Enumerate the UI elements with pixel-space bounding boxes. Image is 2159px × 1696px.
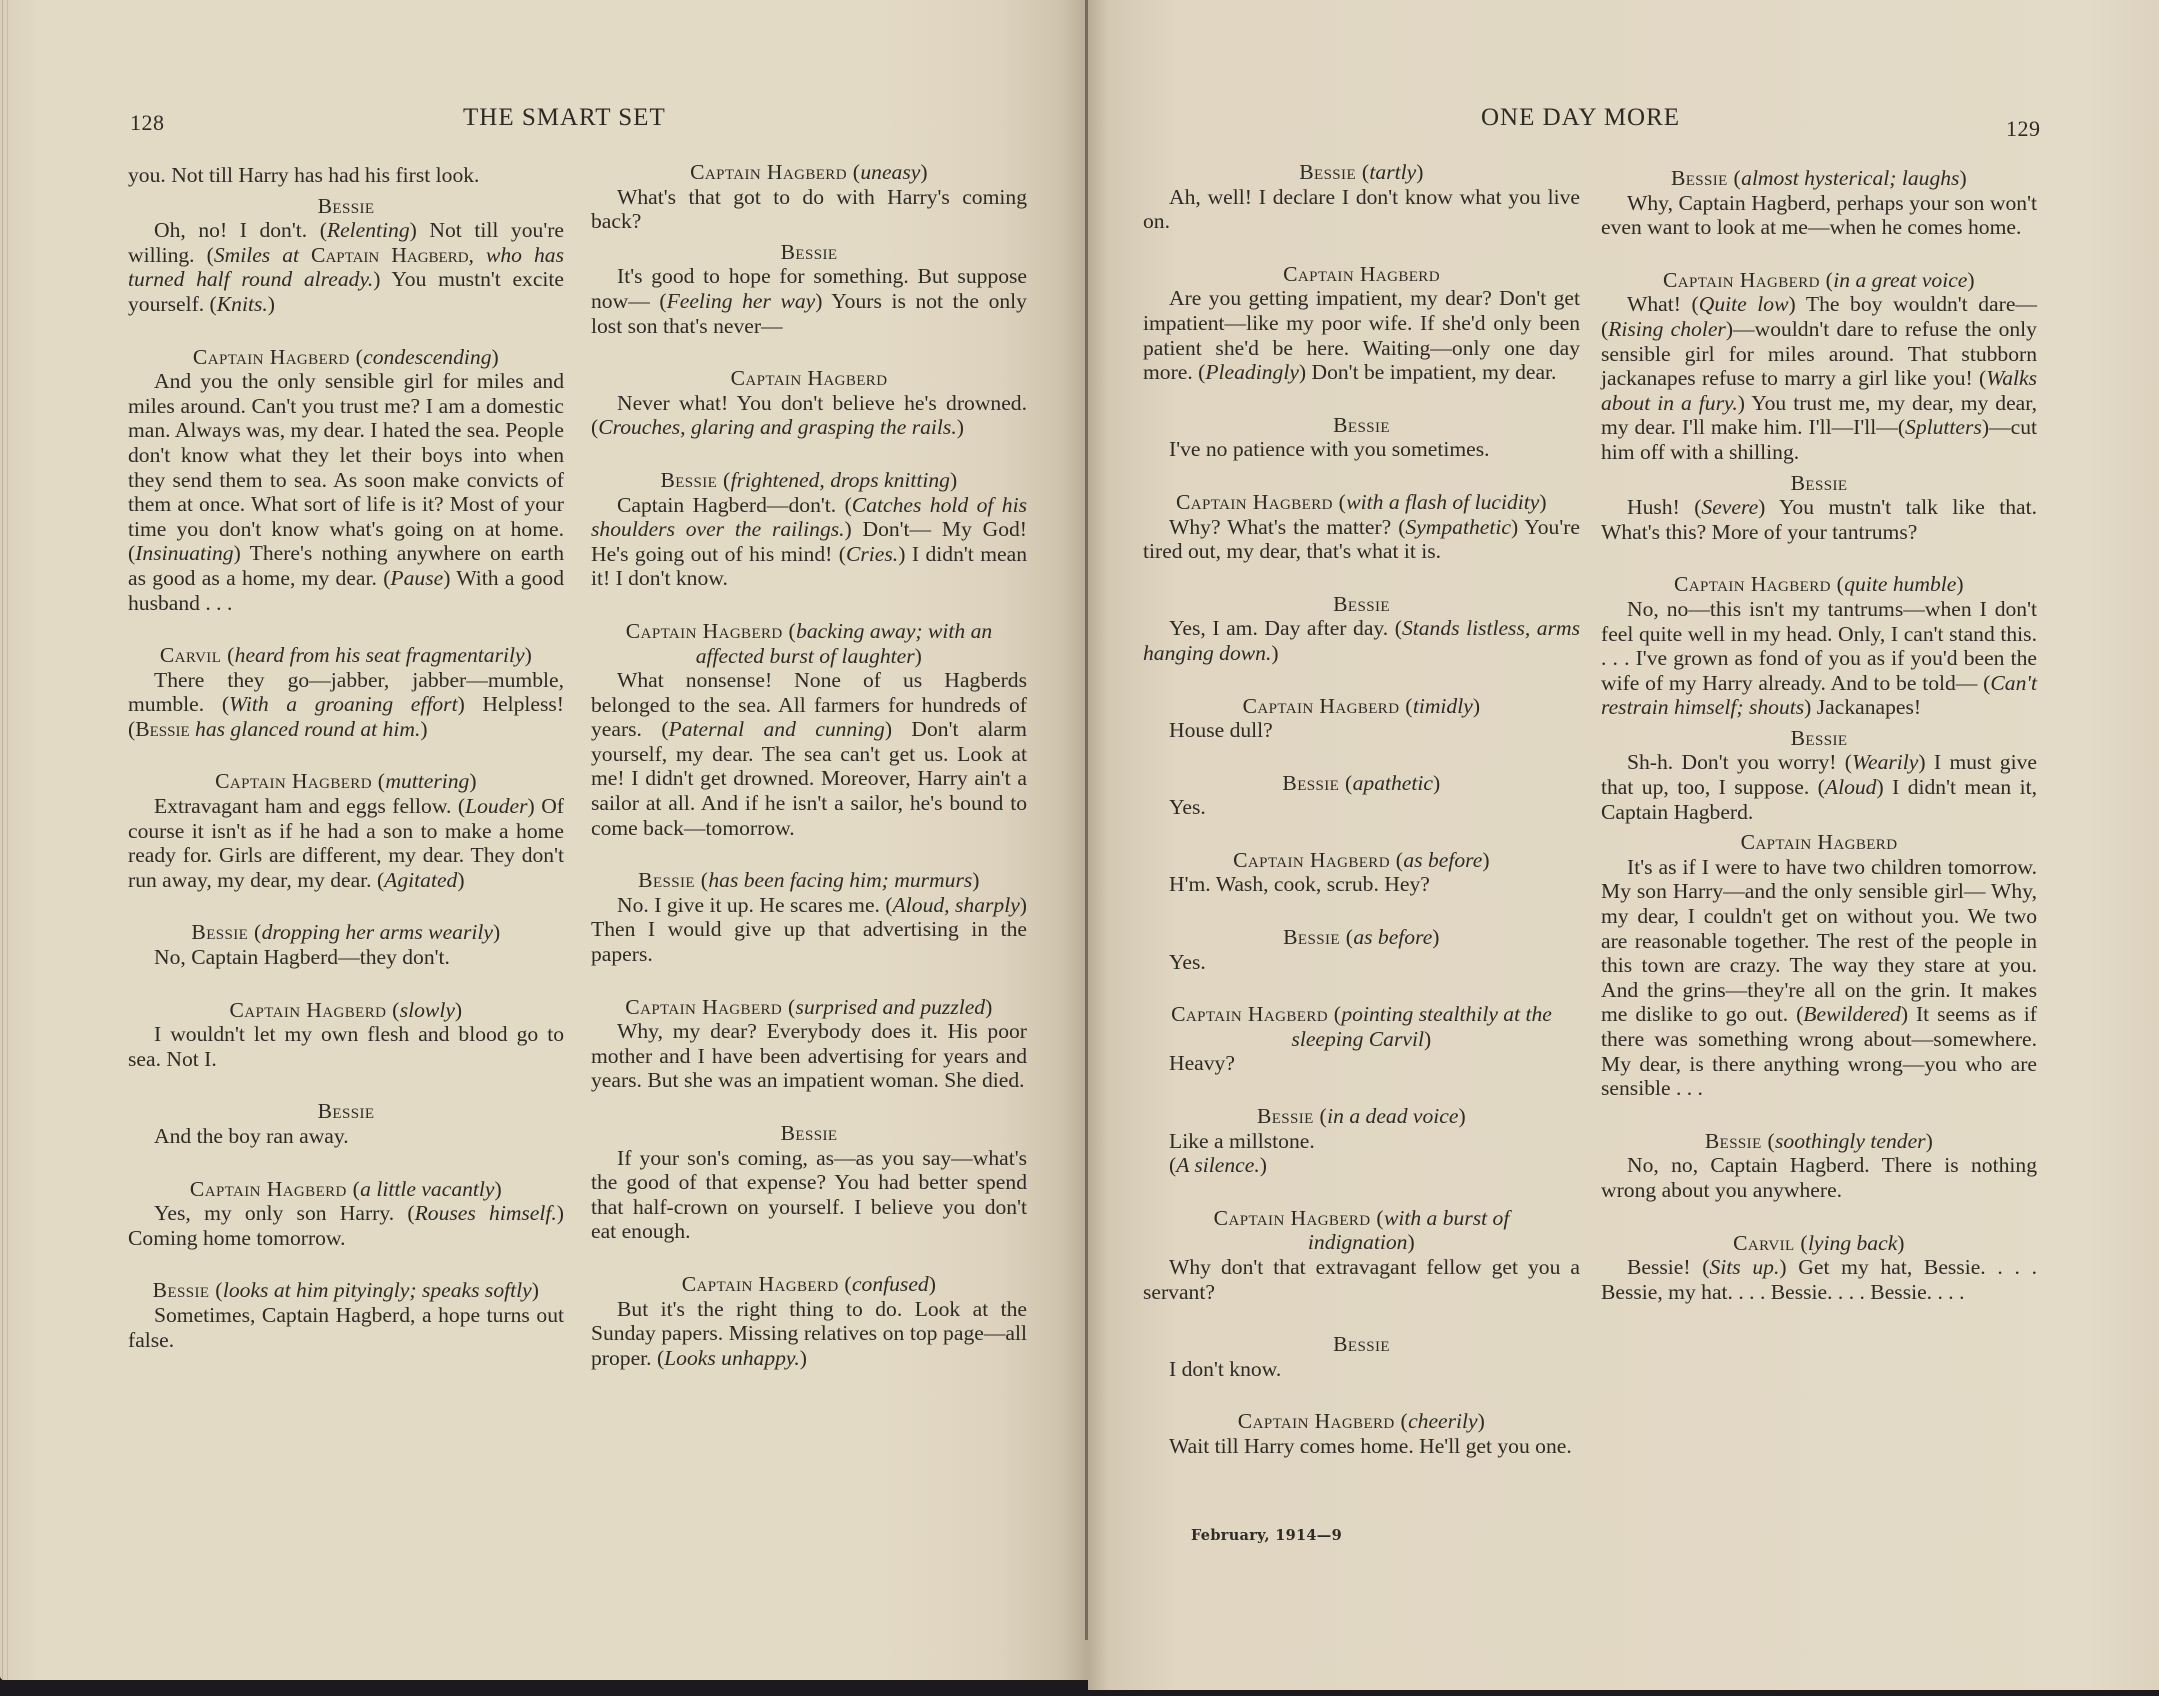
speaker-heading: Bessie: [1143, 413, 1580, 438]
stage-direction: frightened, drops knitting: [731, 468, 950, 492]
speaker-name: Captain Hagberd: [731, 366, 888, 390]
speech-block: BessieAnd the boy ran away.: [128, 1099, 564, 1148]
dialogue-text: What! (Quite low) The boy wouldn't dare—…: [1601, 292, 2037, 464]
stage-direction: heard from his seat fragmentarily: [235, 643, 525, 667]
page-edge: [2, 0, 8, 1680]
page-number-left: 128: [130, 110, 165, 136]
speech-block: Captain Hagberd (in a great voice)What! …: [1601, 268, 2037, 465]
speech-block: Captain Hagberd (with a burst of indigna…: [1143, 1206, 1580, 1304]
speaker-heading: Captain Hagberd (quite humble): [1601, 572, 2037, 597]
speaker-name: Captain Hagberd: [1171, 1002, 1328, 1026]
speaker-heading: Bessie (frightened, drops knitting): [591, 468, 1027, 493]
speaker-name: Bessie: [153, 1278, 210, 1302]
speech-block: Captain Hagberd (confused)But it's the r…: [591, 1272, 1027, 1370]
stage-direction: slowly: [400, 998, 455, 1022]
speaker-name: Bessie: [318, 1099, 375, 1123]
speech-block: Bessie (has been facing him; murmurs)No.…: [591, 868, 1027, 966]
dialogue-text: What nonsense! None of us Hagberds belon…: [591, 668, 1027, 840]
dialogue-text: you. Not till Harry has had his first lo…: [128, 163, 564, 188]
dialogue-text: Extravagant ham and eggs fellow. (Louder…: [128, 794, 564, 892]
dialogue-text: And the boy ran away.: [128, 1124, 564, 1149]
speech-block: Captain Hagberd (with a flash of lucidit…: [1143, 490, 1580, 564]
dialogue-text: Oh, no! I don't. (Relenting) Not till yo…: [128, 218, 564, 316]
speech-block: BessieIt's good to hope for something. B…: [591, 240, 1027, 338]
dialogue-text: But it's the right thing to do. Look at …: [591, 1297, 1027, 1371]
dialogue-text: It's as if I were to have two children t…: [1601, 855, 2037, 1101]
speaker-name: Bessie: [1705, 1129, 1762, 1153]
dialogue-text: No, no, Captain Hagberd. There is nothin…: [1601, 1153, 2037, 1202]
speech-block: BessieI've no patience with you sometime…: [1143, 413, 1580, 462]
speaker-name: Bessie: [660, 468, 717, 492]
speaker-heading: Bessie: [128, 194, 564, 219]
speaker-heading: Captain Hagberd (confused): [591, 1272, 1027, 1297]
book-spread: 128 THE SMART SET you. Not till Harry ha…: [0, 0, 2159, 1696]
speaker-heading: Captain Hagberd: [591, 366, 1027, 391]
stage-direction: muttering: [385, 769, 469, 793]
speaker-heading: Bessie (as before): [1143, 925, 1580, 950]
dialogue-text: Captain Hagberd—don't. (Catches hold of …: [591, 493, 1027, 591]
dialogue-text: No. I give it up. He scares me. (Aloud, …: [591, 893, 1027, 967]
speaker-heading: Bessie: [1601, 726, 2037, 751]
speech-block: Bessie (as before)Yes.: [1143, 925, 1580, 974]
speaker-heading: Bessie (tartly): [1143, 160, 1580, 185]
speaker-name: Bessie: [638, 868, 695, 892]
right-column-2: Bessie (almost hysterical; laughs)Why, C…: [1601, 166, 2037, 1304]
speech-block: you. Not till Harry has had his first lo…: [128, 163, 564, 188]
dialogue-text: Why don't that extravagant fellow get yo…: [1143, 1255, 1580, 1304]
dialogue-text: Yes.: [1143, 795, 1580, 820]
speaker-heading: Captain Hagberd (with a burst of indigna…: [1143, 1206, 1580, 1255]
right-page: ONE DAY MORE 129 Bessie (tartly)Ah, well…: [1088, 0, 2159, 1690]
stage-direction: a little vacantly: [360, 1177, 494, 1201]
speaker-name: Captain Hagberd: [215, 769, 372, 793]
dialogue-text: H'm. Wash, cook, scrub. Hey?: [1143, 872, 1580, 897]
speech-block: BessieYes, I am. Day after day. (Stands …: [1143, 592, 1580, 666]
dialogue-text: I've no patience with you sometimes.: [1143, 437, 1580, 462]
left-column-2: Captain Hagberd (uneasy)What's that got …: [591, 160, 1027, 1370]
dialogue-text: Never what! You don't believe he's drown…: [591, 391, 1027, 440]
dialogue-text: Sometimes, Captain Hagberd, a hope turns…: [128, 1303, 564, 1352]
speech-block: Captain Hagberd (surprised and puzzled)W…: [591, 995, 1027, 1093]
speech-block: Carvil (lying back)Bessie! (Sits up.) Ge…: [1601, 1231, 2037, 1305]
dialogue-text: I wouldn't let my own flesh and blood go…: [128, 1022, 564, 1071]
speaker-heading: Bessie (almost hysterical; laughs): [1601, 166, 2037, 191]
speaker-heading: Captain Hagberd (in a great voice): [1601, 268, 2037, 293]
speech-block: BessieOh, no! I don't. (Relenting) Not t…: [128, 194, 564, 317]
dialogue-text: Wait till Harry comes home. He'll get yo…: [1143, 1434, 1580, 1459]
speaker-name: Bessie: [1791, 471, 1848, 495]
running-head-right: ONE DAY MORE: [1481, 104, 1680, 132]
speech-block: Captain HagberdNever what! You don't bel…: [591, 366, 1027, 440]
speaker-heading: Captain Hagberd (with a flash of lucidit…: [1143, 490, 1580, 515]
speaker-name: Bessie: [1283, 925, 1340, 949]
speaker-name: Captain Hagberd: [1176, 490, 1333, 514]
speech-block: Bessie (tartly)Ah, well! I declare I don…: [1143, 160, 1580, 234]
speaker-name: Bessie: [318, 194, 375, 218]
dialogue-text: Yes, my only son Harry. (Rouses himself.…: [128, 1201, 564, 1250]
dialogue-text: Sh-h. Don't you worry! (Wearily) I must …: [1601, 750, 2037, 824]
dialogue-text: Yes.: [1143, 950, 1580, 975]
speaker-name: Captain Hagberd: [1233, 848, 1390, 872]
stage-direction: with a flash of lucidity: [1346, 490, 1539, 514]
speaker-name: Captain Hagberd: [682, 1272, 839, 1296]
dialogue-text: Ah, well! I declare I don't know what yo…: [1143, 185, 1580, 234]
dialogue-text: Heavy?: [1143, 1051, 1580, 1076]
stage-direction: as before: [1353, 925, 1432, 949]
speaker-name: Bessie: [1333, 413, 1390, 437]
dialogue-text: Like a millstone.: [1143, 1129, 1580, 1154]
stage-direction: lying back: [1808, 1231, 1897, 1255]
stage-direction: condescending: [363, 345, 491, 369]
stage-direction: timidly: [1413, 694, 1473, 718]
stage-direction: uneasy: [860, 160, 920, 184]
stage-direction: confused: [852, 1272, 929, 1296]
dialogue-text: Hush! (Severe) You mustn't talk like tha…: [1601, 495, 2037, 544]
dialogue-text: If your son's coming, as—as you say—what…: [591, 1146, 1027, 1244]
dialogue-text: There they go—jabber, jabber—mumble, mum…: [128, 668, 564, 742]
speaker-heading: Captain Hagberd (muttering): [128, 769, 564, 794]
stage-direction: apathetic: [1353, 771, 1433, 795]
speaker-name: Captain Hagberd: [1243, 694, 1400, 718]
speaker-name: Captain Hagberd: [1674, 572, 1831, 596]
speaker-name: Captain Hagberd: [1663, 268, 1820, 292]
page-number-right: 129: [2006, 116, 2041, 142]
speaker-name: Captain Hagberd: [1741, 830, 1898, 854]
speaker-heading: Captain Hagberd (slowly): [128, 998, 564, 1023]
stage-direction: pointing stealthily at the sleeping Carv…: [1291, 1002, 1551, 1051]
stage-direction: surprised and puzzled: [796, 995, 986, 1019]
speaker-name: Bessie: [1791, 726, 1848, 750]
speaker-name: Captain Hagberd: [229, 998, 386, 1022]
speaker-heading: Bessie (apathetic): [1143, 771, 1580, 796]
left-page: 128 THE SMART SET you. Not till Harry ha…: [0, 0, 1088, 1680]
speaker-name: Bessie: [191, 920, 248, 944]
speech-block: BessieSh-h. Don't you worry! (Wearily) I…: [1601, 726, 2037, 824]
right-column-1: Bessie (tartly)Ah, well! I declare I don…: [1143, 160, 1580, 1459]
stage-direction: in a dead voice: [1327, 1104, 1458, 1128]
dialogue-text: No, no—this isn't my tantrums—when I don…: [1601, 597, 2037, 720]
dialogue-text: Why, my dear? Everybody does it. His poo…: [591, 1019, 1027, 1093]
dialogue-text: What's that got to do with Harry's comin…: [591, 185, 1027, 234]
speaker-heading: Bessie (in a dead voice): [1143, 1104, 1580, 1129]
speaker-heading: Bessie (looks at him pityingly; speaks s…: [128, 1278, 564, 1303]
speaker-heading: Carvil (lying back): [1601, 1231, 2037, 1256]
speaker-name: Bessie: [1671, 166, 1728, 190]
speaker-name: Captain Hagberd: [190, 1177, 347, 1201]
speaker-heading: Bessie: [1601, 471, 2037, 496]
speaker-name: Captain Hagberd: [1238, 1409, 1395, 1433]
speaker-name: Bessie: [1333, 592, 1390, 616]
speaker-heading: Bessie: [1143, 592, 1580, 617]
stage-direction: in a great voice: [1833, 268, 1967, 292]
left-column-1: you. Not till Harry has had his first lo…: [128, 163, 564, 1352]
speaker-heading: Captain Hagberd (uneasy): [591, 160, 1027, 185]
speech-block: Captain Hagberd (as before)H'm. Wash, co…: [1143, 848, 1580, 897]
speaker-heading: Bessie (has been facing him; murmurs): [591, 868, 1027, 893]
dialogue-text: I don't know.: [1143, 1357, 1580, 1382]
dialogue-text: Are you getting impatient, my dear? Don'…: [1143, 286, 1580, 384]
speech-block: Captain Hagberd (slowly)I wouldn't let m…: [128, 998, 564, 1072]
speaker-name: Bessie: [781, 240, 838, 264]
speaker-name: Captain Hagberd: [1283, 262, 1440, 286]
speaker-name: Captain Hagberd: [1214, 1206, 1371, 1230]
speaker-name: Captain Hagberd: [626, 619, 783, 643]
speaker-name: Bessie: [781, 1121, 838, 1145]
stage-direction: almost hysterical; laughs: [1741, 166, 1959, 190]
stage-direction: dropping her arms wearily: [262, 920, 493, 944]
dialogue-text: It's good to hope for something. But sup…: [591, 264, 1027, 338]
speech-block: Bessie (soothingly tender)No, no, Captai…: [1601, 1129, 2037, 1203]
speech-block: BessieIf your son's coming, as—as you sa…: [591, 1121, 1027, 1244]
speech-block: Captain HagberdAre you getting impatient…: [1143, 262, 1580, 385]
speaker-heading: Captain Hagberd (as before): [1143, 848, 1580, 873]
speaker-name: Bessie: [1282, 771, 1339, 795]
speaker-heading: Captain Hagberd: [1143, 262, 1580, 287]
speaker-heading: Bessie: [128, 1099, 564, 1124]
speech-block: Captain HagberdIt's as if I were to have…: [1601, 830, 2037, 1101]
stage-direction: tartly: [1369, 160, 1416, 184]
speech-block: Carvil (heard from his seat fragmentaril…: [128, 643, 564, 741]
speaker-heading: Carvil (heard from his seat fragmentaril…: [128, 643, 564, 668]
speech-block: BessieHush! (Severe) You mustn't talk li…: [1601, 471, 2037, 545]
speech-block: Captain Hagberd (timidly)House dull?: [1143, 694, 1580, 743]
stage-direction: soothingly tender: [1775, 1129, 1926, 1153]
speech-block: Captain Hagberd (cheerily)Wait till Harr…: [1143, 1409, 1580, 1458]
speech-block: Bessie (dropping her arms wearily)No, Ca…: [128, 920, 564, 969]
speaker-heading: Bessie (soothingly tender): [1601, 1129, 2037, 1154]
speaker-heading: Bessie: [591, 1121, 1027, 1146]
dialogue-text: Yes, I am. Day after day. (Stands listle…: [1143, 616, 1580, 665]
dialogue-text: Bessie! (Sits up.) Get my hat, Bessie. .…: [1601, 1255, 2037, 1304]
speech-block: Captain Hagberd (pointing stealthily at …: [1143, 1002, 1580, 1076]
speaker-heading: Captain Hagberd (pointing stealthily at …: [1143, 1002, 1580, 1051]
speaker-heading: Captain Hagberd (a little vacantly): [128, 1177, 564, 1202]
dialogue-text: No, Captain Hagberd—they don't.: [128, 945, 564, 970]
speaker-heading: Captain Hagberd (backing away; with an a…: [591, 619, 1027, 668]
speech-block: Bessie (in a dead voice)Like a millstone…: [1143, 1104, 1580, 1178]
speaker-name: Captain Hagberd: [193, 345, 350, 369]
speaker-name: Carvil: [160, 643, 221, 667]
speaker-name: Bessie: [1299, 160, 1356, 184]
stage-direction: looks at him pityingly; speaks softly: [223, 1278, 532, 1302]
running-head-left: THE SMART SET: [463, 104, 666, 132]
speech-block: Captain Hagberd (quite humble)No, no—thi…: [1601, 572, 2037, 720]
stage-direction: quite humble: [1844, 572, 1956, 596]
speaker-name: Captain Hagberd: [625, 995, 782, 1019]
stage-direction: cheerily: [1408, 1409, 1478, 1433]
dialogue-text: (A silence.): [1143, 1153, 1580, 1178]
speech-block: Bessie (apathetic)Yes.: [1143, 771, 1580, 820]
speaker-heading: Bessie: [591, 240, 1027, 265]
dialogue-text: House dull?: [1143, 718, 1580, 743]
speech-block: Captain Hagberd (condescending)And you t…: [128, 345, 564, 616]
speaker-heading: Captain Hagberd (surprised and puzzled): [591, 995, 1027, 1020]
speech-block: Captain Hagberd (uneasy)What's that got …: [591, 160, 1027, 234]
speaker-name: Carvil: [1733, 1231, 1794, 1255]
speech-block: Bessie (almost hysterical; laughs)Why, C…: [1601, 166, 2037, 240]
speech-block: Captain Hagberd (muttering)Extravagant h…: [128, 769, 564, 892]
speech-block: BessieI don't know.: [1143, 1332, 1580, 1381]
speech-block: Bessie (looks at him pityingly; speaks s…: [128, 1278, 564, 1352]
dialogue-text: Why, Captain Hagberd, perhaps your son w…: [1601, 191, 2037, 240]
speaker-name: Bessie: [1333, 1332, 1390, 1356]
speaker-heading: Captain Hagberd (condescending): [128, 345, 564, 370]
speaker-heading: Captain Hagberd (cheerily): [1143, 1409, 1580, 1434]
issue-footnote: February, 1914—9: [1191, 1527, 1342, 1544]
speaker-heading: Captain Hagberd (timidly): [1143, 694, 1580, 719]
stage-direction: as before: [1403, 848, 1482, 872]
speaker-name: Captain Hagberd: [690, 160, 847, 184]
speech-block: Captain Hagberd (backing away; with an a…: [591, 619, 1027, 840]
speaker-heading: Captain Hagberd: [1601, 830, 2037, 855]
dialogue-text: And you the only sensible girl for miles…: [128, 369, 564, 615]
speaker-name: Bessie: [1257, 1104, 1314, 1128]
dialogue-text: Why? What's the matter? (Sympathetic) Yo…: [1143, 515, 1580, 564]
speaker-heading: Bessie: [1143, 1332, 1580, 1357]
stage-direction: has been facing him; murmurs: [708, 868, 972, 892]
speech-block: Bessie (frightened, drops knitting)Capta…: [591, 468, 1027, 591]
speech-block: Captain Hagberd (a little vacantly)Yes, …: [128, 1177, 564, 1251]
speaker-heading: Bessie (dropping her arms wearily): [128, 920, 564, 945]
